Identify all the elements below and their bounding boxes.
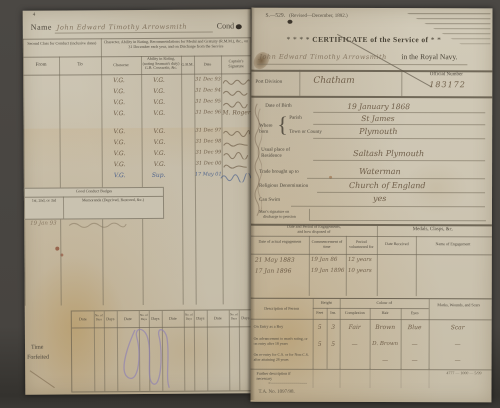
pension-label-line2: discharge to pension (259, 214, 307, 219)
grid-line (429, 299, 430, 369)
character-entry: V.G. (113, 99, 125, 106)
town-value: Plymouth (359, 127, 397, 136)
character-entry: V.G. (113, 77, 125, 84)
revision-text: (Revised—December, 1892.) (289, 14, 348, 19)
field-line (313, 160, 485, 161)
engagements-table: Date and Period of Engagements, and how … (251, 224, 492, 297)
ability-entry: V.G. (154, 150, 166, 157)
residence-value: Saltash Plymouth (353, 149, 424, 158)
grid-line (104, 311, 106, 391)
form-no-text: S.—529. (265, 13, 285, 19)
desc-row3-hair: — (370, 357, 401, 364)
marks-header: Marks, Wounds, and Scars (431, 303, 487, 308)
forfeit-label-1: Time (31, 345, 44, 352)
eng-col5: Name of Engagement (418, 242, 488, 247)
name-underline (257, 64, 467, 66)
table-rule (23, 55, 251, 58)
col-date: Date (194, 62, 221, 67)
col-gbm: G.B.M. (181, 63, 194, 68)
eng-row1-period: 12 years (348, 257, 372, 263)
desc-row2-hair: D. Brown (370, 341, 401, 347)
desc-row2-ins: 5 (327, 341, 340, 348)
desc-row2-complexion: — (340, 341, 370, 348)
f-col-no: No. of Days (184, 313, 193, 321)
character-entry: V.G. (114, 150, 126, 157)
conduct-group-header: Second Class for Conduct (inclusive date… (25, 41, 99, 46)
name-value-handwritten: John Edward Timothy Arrowsmith (57, 23, 187, 32)
f-col-days: Days (194, 317, 207, 322)
trade-label: Trade brought up to (259, 170, 299, 176)
name-value-handwritten: John Edward Timothy Arrowsmith (259, 53, 386, 61)
field-line (307, 178, 485, 179)
badge-memo-scrawl (68, 221, 128, 228)
f-col-days: Days (104, 317, 117, 322)
feet-label: Feet (313, 311, 327, 316)
desc-row1-feet: 5 (313, 324, 327, 331)
grid-line (207, 311, 209, 391)
eng-col2: Commencement of time (310, 240, 344, 249)
character-entry: V.G. (113, 88, 125, 95)
desc-row3-marks: — (431, 357, 485, 364)
grid-line (94, 311, 96, 391)
complexion-label: Complexion (340, 311, 370, 316)
further-description-leader (269, 382, 307, 384)
engagements-caption: Date and Period of Engagements, and how … (253, 225, 375, 235)
religion-value: Church of England (349, 181, 425, 190)
forfeit-label-2: Forfeited (27, 355, 49, 362)
table-rule (251, 236, 492, 238)
name-underline (55, 31, 213, 33)
col-character: Character (101, 63, 141, 68)
field-line (313, 138, 485, 139)
title-stars-left: * * * * (287, 35, 310, 44)
eng-row2-period: 10 years (348, 268, 372, 274)
grid-line (377, 224, 378, 296)
f-col-no: No. of Days (229, 312, 238, 320)
description-table: Description of Person Height Colour of M… (251, 298, 492, 371)
pension-signature-label: Man's signature on discharge to pension (259, 210, 307, 219)
right-page: S.—529. (Revised—December, 1892.) * * * … (250, 8, 492, 403)
f-col-no: No. of Days (139, 313, 148, 321)
character-entry: V.G. (114, 161, 126, 168)
field-line (313, 124, 485, 125)
can-swim-label: Can Swim (259, 198, 280, 204)
ability-entry: V.G. (153, 88, 165, 95)
badges-title: Good Conduct Badges (25, 189, 163, 195)
official-number-label: Official Number (403, 72, 489, 78)
official-number-value: 183172 (429, 80, 466, 89)
field-line (313, 112, 485, 113)
desc-row3-label: On re-entry for C.S. or for Non-C.S. aft… (254, 353, 310, 362)
pension-signature-box (309, 209, 486, 221)
desc-row1-eyes: Blue (401, 324, 429, 331)
religion-label: Religious Denomination (259, 184, 308, 190)
eng-col4: Date Received (379, 242, 415, 247)
table-rule (251, 254, 492, 256)
character-entry: V.G. (114, 139, 126, 146)
character-group-header: Character, Ability in Rating, Recommenda… (103, 39, 249, 49)
ability-entry: V.G. (154, 161, 166, 168)
f-col-date: Date (207, 316, 229, 321)
eng-col3: Period volunteered for (347, 240, 376, 249)
footer-printer-code: 4777 — 1000 — 5/99 (446, 370, 481, 375)
col-from: From (23, 63, 59, 69)
good-conduct-badges-table: Good Conduct Badges 1st, 2nd, or 3rd Mem… (24, 187, 164, 220)
date-entry: 31 Dec 94 (195, 87, 221, 93)
cond-dot (236, 24, 242, 29)
badges-col1: 1st, 2nd, or 3rd (26, 199, 62, 204)
signature-scrawl (222, 78, 250, 86)
trade-value: Waterman (359, 167, 401, 176)
town-label: Town or County (289, 130, 322, 136)
date-entry: 31 Dec 00 (196, 160, 222, 166)
grid-line (401, 70, 402, 96)
desc-row1-marks: Scar (431, 324, 485, 331)
grid-line (416, 236, 417, 296)
title-main: CERTIFICATE of the Service of (312, 35, 428, 44)
grid-line (327, 308, 328, 369)
eng-row2-date: 17 Jan 1896 (255, 268, 292, 275)
eyes-label: Eyes (401, 311, 429, 316)
desc-row1-label: On Entry as a Boy (254, 325, 310, 330)
pencil-scrawl (107, 322, 197, 393)
character-entry: V.G. (113, 110, 125, 117)
grid-line (313, 368, 314, 388)
date-entry: 31 Dec 97 (195, 127, 221, 133)
where-born-brace: { (277, 112, 288, 138)
ability-entry: V.G. (153, 77, 165, 84)
desc-row1-hair: Brown (370, 324, 401, 331)
further-description-label: Further description if necessary (257, 372, 307, 381)
ability-entry: Sup. (152, 172, 166, 179)
photograph-of-document: { "doc": { "left": { "page_num": "4", "n… (0, 0, 500, 408)
eng-row1-commence: 19 Jan 86 (311, 257, 338, 263)
conduct-row: V.G. Sup. 17 May 01 (24, 171, 252, 184)
date-entry: 31 Dec 95 (195, 98, 221, 104)
badge-entry-handwritten: 19 Jan 93 (30, 221, 57, 227)
field-line (291, 206, 485, 208)
grid-line (299, 70, 300, 96)
grid-line (309, 236, 310, 296)
desc-row1-ins: 3 (327, 324, 340, 331)
port-division-value: Chatham (313, 76, 354, 86)
eng-col1: Date of actual engagement (253, 240, 307, 245)
grid-line (239, 310, 241, 390)
left-page: 4 Name John Edward Timothy Arrowsmith Co… (23, 9, 254, 395)
table-rule (251, 319, 492, 321)
ability-entry: V.G. (153, 128, 165, 135)
rust-spot (55, 247, 59, 251)
grid-line (401, 368, 402, 388)
grid-line (340, 368, 341, 388)
cond-label: Cond (217, 21, 234, 30)
port-division-box: Port Division Chatham Official Number 18… (251, 70, 492, 97)
grid-line (429, 368, 430, 388)
title-suffix: in the Royal Navy. (401, 52, 457, 61)
dob-value: 19 January 1868 (347, 102, 410, 111)
footer-form-reference: T.A. No. 1097/98. (259, 390, 295, 395)
can-swim-value: yes (373, 194, 386, 203)
ability-entry: V.G. (154, 139, 166, 146)
desc-row1-complexion: Fair (340, 324, 370, 331)
grid-line (63, 197, 64, 219)
form-number: S.—529. (Revised—December, 1892.) (265, 13, 347, 19)
grid-line (370, 368, 371, 388)
desc-row2-marks: — (431, 341, 485, 348)
title-stars-right: * * (431, 35, 442, 44)
port-division-label: Port Division (255, 80, 297, 86)
conduct-row: V.G. V.G. 31 Dec 96 M. Rogers (23, 109, 251, 122)
col-ability: Ability in Rating, (noting Seaman's duty… (142, 57, 180, 71)
parish-value: St James (361, 114, 394, 123)
dob-label: Date of Birth (265, 104, 291, 110)
desc-row2-label: On advancement to man's rating, or on en… (254, 337, 310, 346)
field-line (317, 192, 485, 193)
grid-line (340, 299, 341, 369)
fold-crease (30, 370, 55, 388)
grid-line (346, 236, 347, 296)
f-col-days: Days (149, 317, 162, 322)
table-rule (23, 73, 251, 76)
ability-entry: V.G. (153, 110, 165, 117)
date-entry: 31 Dec 98 (196, 138, 222, 144)
desc-row3-eyes: — (401, 357, 429, 364)
page-number: 4 (33, 13, 36, 19)
desc-row2-feet: 5 (313, 341, 327, 348)
parish-label: Parish (289, 116, 302, 122)
character-entry: V.G. (113, 128, 125, 135)
ins-label: Ins. (327, 311, 340, 316)
f-col-no: No. of Days (94, 313, 103, 321)
col-to: To (59, 62, 101, 68)
date-entry: 31 Dec 96 (195, 109, 221, 115)
f-col-date: Date (72, 317, 94, 322)
name-label: Name (31, 23, 52, 32)
height-header: Height (313, 301, 340, 306)
badges-col2: Memoranda (Deprived, Restored, &c.) (65, 198, 161, 203)
date-entry: 17 May 01 (195, 171, 222, 177)
date-entry: 31 Dec 99 (196, 149, 222, 155)
grid-line (313, 299, 314, 369)
ability-entry: V.G. (153, 99, 165, 106)
residence-label: Usual place of Residence (261, 148, 301, 160)
section-rule (251, 96, 492, 98)
grid-line (229, 310, 231, 390)
colour-header: Colour of (340, 301, 429, 306)
hair-label: Hair (370, 311, 401, 316)
date-entry: 31 Dec 93 (195, 76, 221, 82)
desc-row2-eyes: — (401, 341, 429, 348)
ink-dot (287, 20, 292, 24)
medals-header: Medals, Clasps, &c. (377, 227, 489, 233)
eng-row1-date: 21 May 1883 (255, 257, 295, 264)
description-header: Description of Person (253, 307, 311, 312)
spine-shadow (247, 8, 255, 400)
caption-line2: and how disposed of (297, 228, 330, 233)
eng-row2-commence: 19 Jan 1896 (311, 268, 345, 274)
certificate-title: * * * * CERTIFICATE of the Service of * … (251, 35, 476, 45)
character-entry: V.G. (114, 172, 126, 179)
